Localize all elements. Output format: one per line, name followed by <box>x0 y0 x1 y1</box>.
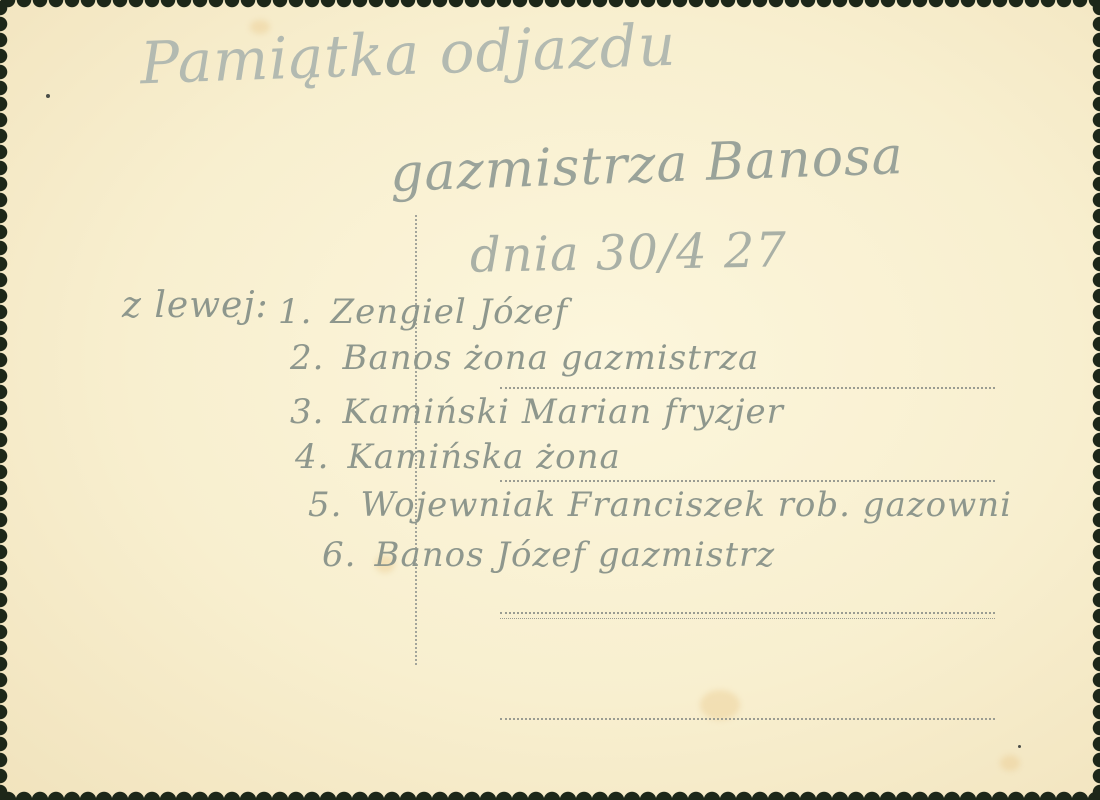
address-line <box>500 480 995 482</box>
address-line <box>500 387 995 389</box>
heading-line-2: gazmistrza Banosa <box>389 126 904 204</box>
deckle-edge-bottom <box>0 790 1100 800</box>
list-item-number: 4. <box>295 437 329 477</box>
address-line <box>500 612 995 614</box>
list-item: 1.Zengiel Józef <box>278 292 568 332</box>
dirt-speck <box>46 94 50 98</box>
heading-date: dnia 30/4 27 <box>470 222 788 284</box>
list-item: 4.Kamińska żona <box>295 437 621 477</box>
deckle-edge-top <box>0 0 1100 8</box>
heading-line-1: Pamiątka odjazdu <box>139 11 677 98</box>
list-item-text: Wojewniak Franciszek rob. gazowni <box>360 485 1012 525</box>
list-item: 6.Banos Józef gazmistrz <box>322 535 775 575</box>
list-item: 5.Wojewniak Franciszek rob. gazowni <box>308 485 1012 525</box>
list-item-number: 3. <box>290 392 324 432</box>
age-stain <box>700 690 740 720</box>
postcard-back: Pamiątka odjazdu gazmistrza Banosa dnia … <box>0 0 1100 800</box>
address-line <box>500 618 995 619</box>
address-line <box>500 718 995 720</box>
list-item-text: Banos Józef gazmistrz <box>374 535 775 575</box>
list-item-number: 5. <box>308 485 342 525</box>
deckle-edge-left <box>0 0 8 800</box>
list-item-text: Kamińska żona <box>347 437 620 477</box>
list-item-text: Zengiel Józef <box>330 292 568 332</box>
list-item-number: 2. <box>290 338 324 378</box>
list-item-text: Banos żona gazmistrza <box>342 338 759 378</box>
list-item: 2.Banos żona gazmistrza <box>290 338 759 378</box>
list-item-text: Kamiński Marian fryzjer <box>342 392 783 432</box>
deckle-edge-right <box>1092 0 1100 800</box>
list-item: 3.Kamiński Marian fryzjer <box>290 392 784 432</box>
dirt-speck <box>1018 745 1021 748</box>
list-item-number: 6. <box>322 535 356 575</box>
list-item-number: 1. <box>278 292 312 332</box>
age-stain <box>1000 755 1020 771</box>
list-intro: z lewej: <box>122 285 269 326</box>
